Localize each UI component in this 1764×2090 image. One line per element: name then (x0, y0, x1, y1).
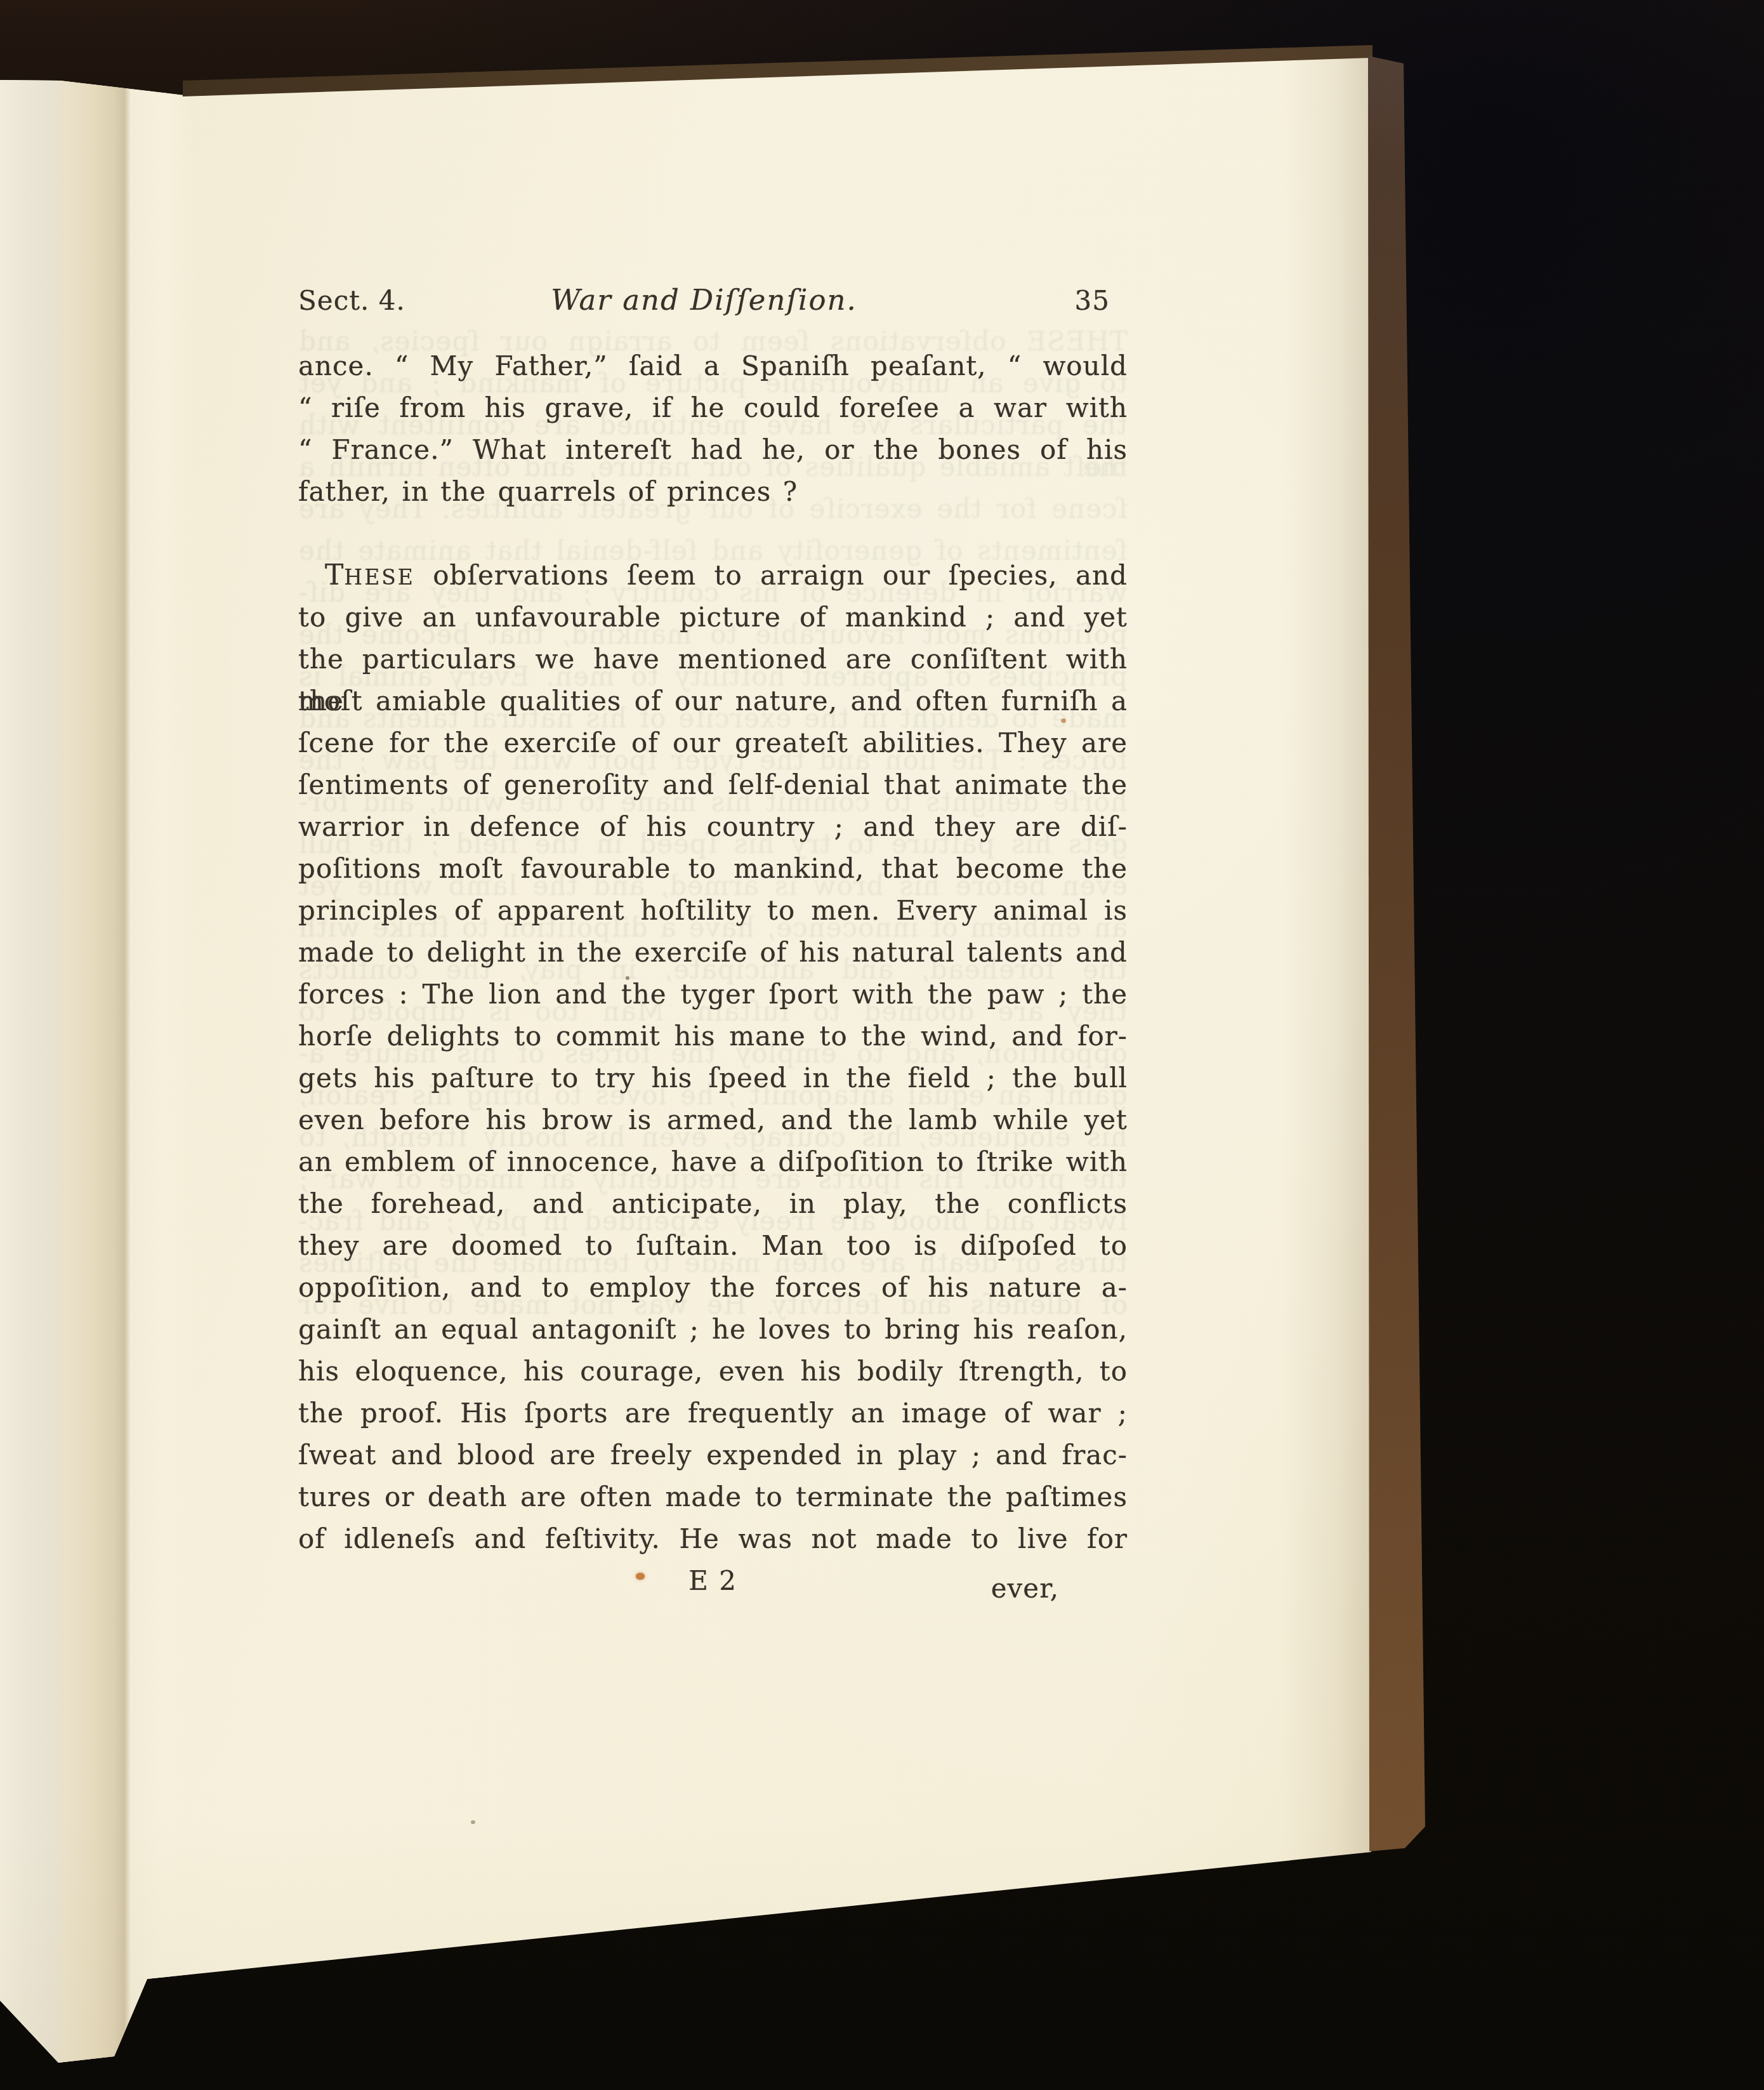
text-line: to give an unfavourable picture of manki… (298, 597, 1128, 638)
text-line: gets his paſture to try his ſpeed in the… (298, 1057, 1128, 1099)
text-line: forces : The lion and the tyger ſport wi… (298, 974, 1128, 1015)
text-line: an emblem of innocence, have a diſpoſiti… (298, 1141, 1128, 1183)
text-line: even before his brow is armed, and the l… (298, 1099, 1128, 1141)
signature-line: E 2 ever, (298, 1560, 1128, 1602)
text-line: THESE obſervations ſeem to arraign our ſ… (298, 555, 1128, 597)
text-line: ſcene for the exerciſe of our greateſt a… (298, 722, 1128, 764)
signature-mark: E 2 (688, 1565, 737, 1596)
text-line: the particulars we have mentioned are co… (298, 638, 1128, 680)
text-line: ance. “ My Father,” ſaid a Spaniſh peaſa… (298, 345, 1128, 387)
text-line: “ riſe from his grave, if he could foreſ… (298, 387, 1128, 429)
text-line: principles of apparent hoſtility to men.… (298, 890, 1128, 932)
text-line: horſe delights to commit his mane to the… (298, 1015, 1128, 1057)
text-line: tures or death are often made to termina… (298, 1476, 1128, 1518)
paragraph: ance. “ My Father,” ſaid a Spaniſh peaſa… (298, 345, 1128, 513)
text-line: the forehead, and anticipate, in play, t… (298, 1183, 1128, 1225)
foxing-speck (471, 1820, 475, 1824)
photo-canvas: THESE obſervations ſeem to arraign our ſ… (0, 0, 1764, 2090)
paragraph: THESE obſervations ſeem to arraign our ſ… (298, 555, 1128, 1560)
text-line: of idleneſs and feſtivity. He was not ma… (298, 1518, 1128, 1560)
text-line: poſitions moſt favourable to mankind, th… (298, 848, 1128, 890)
text-line: father, in the quarrels of princes ? (298, 471, 1128, 513)
page-bottom-shadow (0, 1823, 1764, 2090)
text-line: oppoſition, and to employ the forces of … (298, 1267, 1128, 1309)
text-line: his eloquence, his courage, even his bod… (298, 1351, 1128, 1392)
small-caps-lead: HESE (344, 565, 415, 590)
running-title: War and Diſſenſion. (551, 279, 857, 321)
catchword: ever, (991, 1568, 1059, 1610)
text-line: ſweat and blood are freely expended in p… (298, 1434, 1128, 1476)
text-line: warrior in defence of his country ; and … (298, 806, 1128, 848)
text-line: gainſt an equal antagoniſt ; he loves to… (298, 1309, 1128, 1351)
page-number: 35 (857, 280, 1128, 322)
running-header: Sect. 4. War and Diſſenſion. 35 (298, 279, 1128, 321)
text-line: moſt amiable qualities of our nature, an… (298, 680, 1128, 722)
text-line: “ France.” What intereſt had he, or the … (298, 429, 1128, 471)
page-right-shadow (1282, 0, 1374, 2090)
small-caps-lead: T (325, 559, 344, 592)
text-line: ſentiments of generoſity and ſelf-denial… (298, 764, 1128, 806)
page-gutter-shadow (0, 0, 197, 2090)
text-line: the proof. His ſports are frequently an … (298, 1392, 1128, 1434)
printed-text-block: Sect. 4. War and Diſſenſion. 35 ance. “ … (298, 279, 1128, 1676)
text-line: they are doomed to ſuſtain. Man too is d… (298, 1225, 1128, 1267)
text-line: made to delight in the exerciſe of his n… (298, 932, 1128, 974)
section-label: Sect. 4. (298, 280, 551, 322)
